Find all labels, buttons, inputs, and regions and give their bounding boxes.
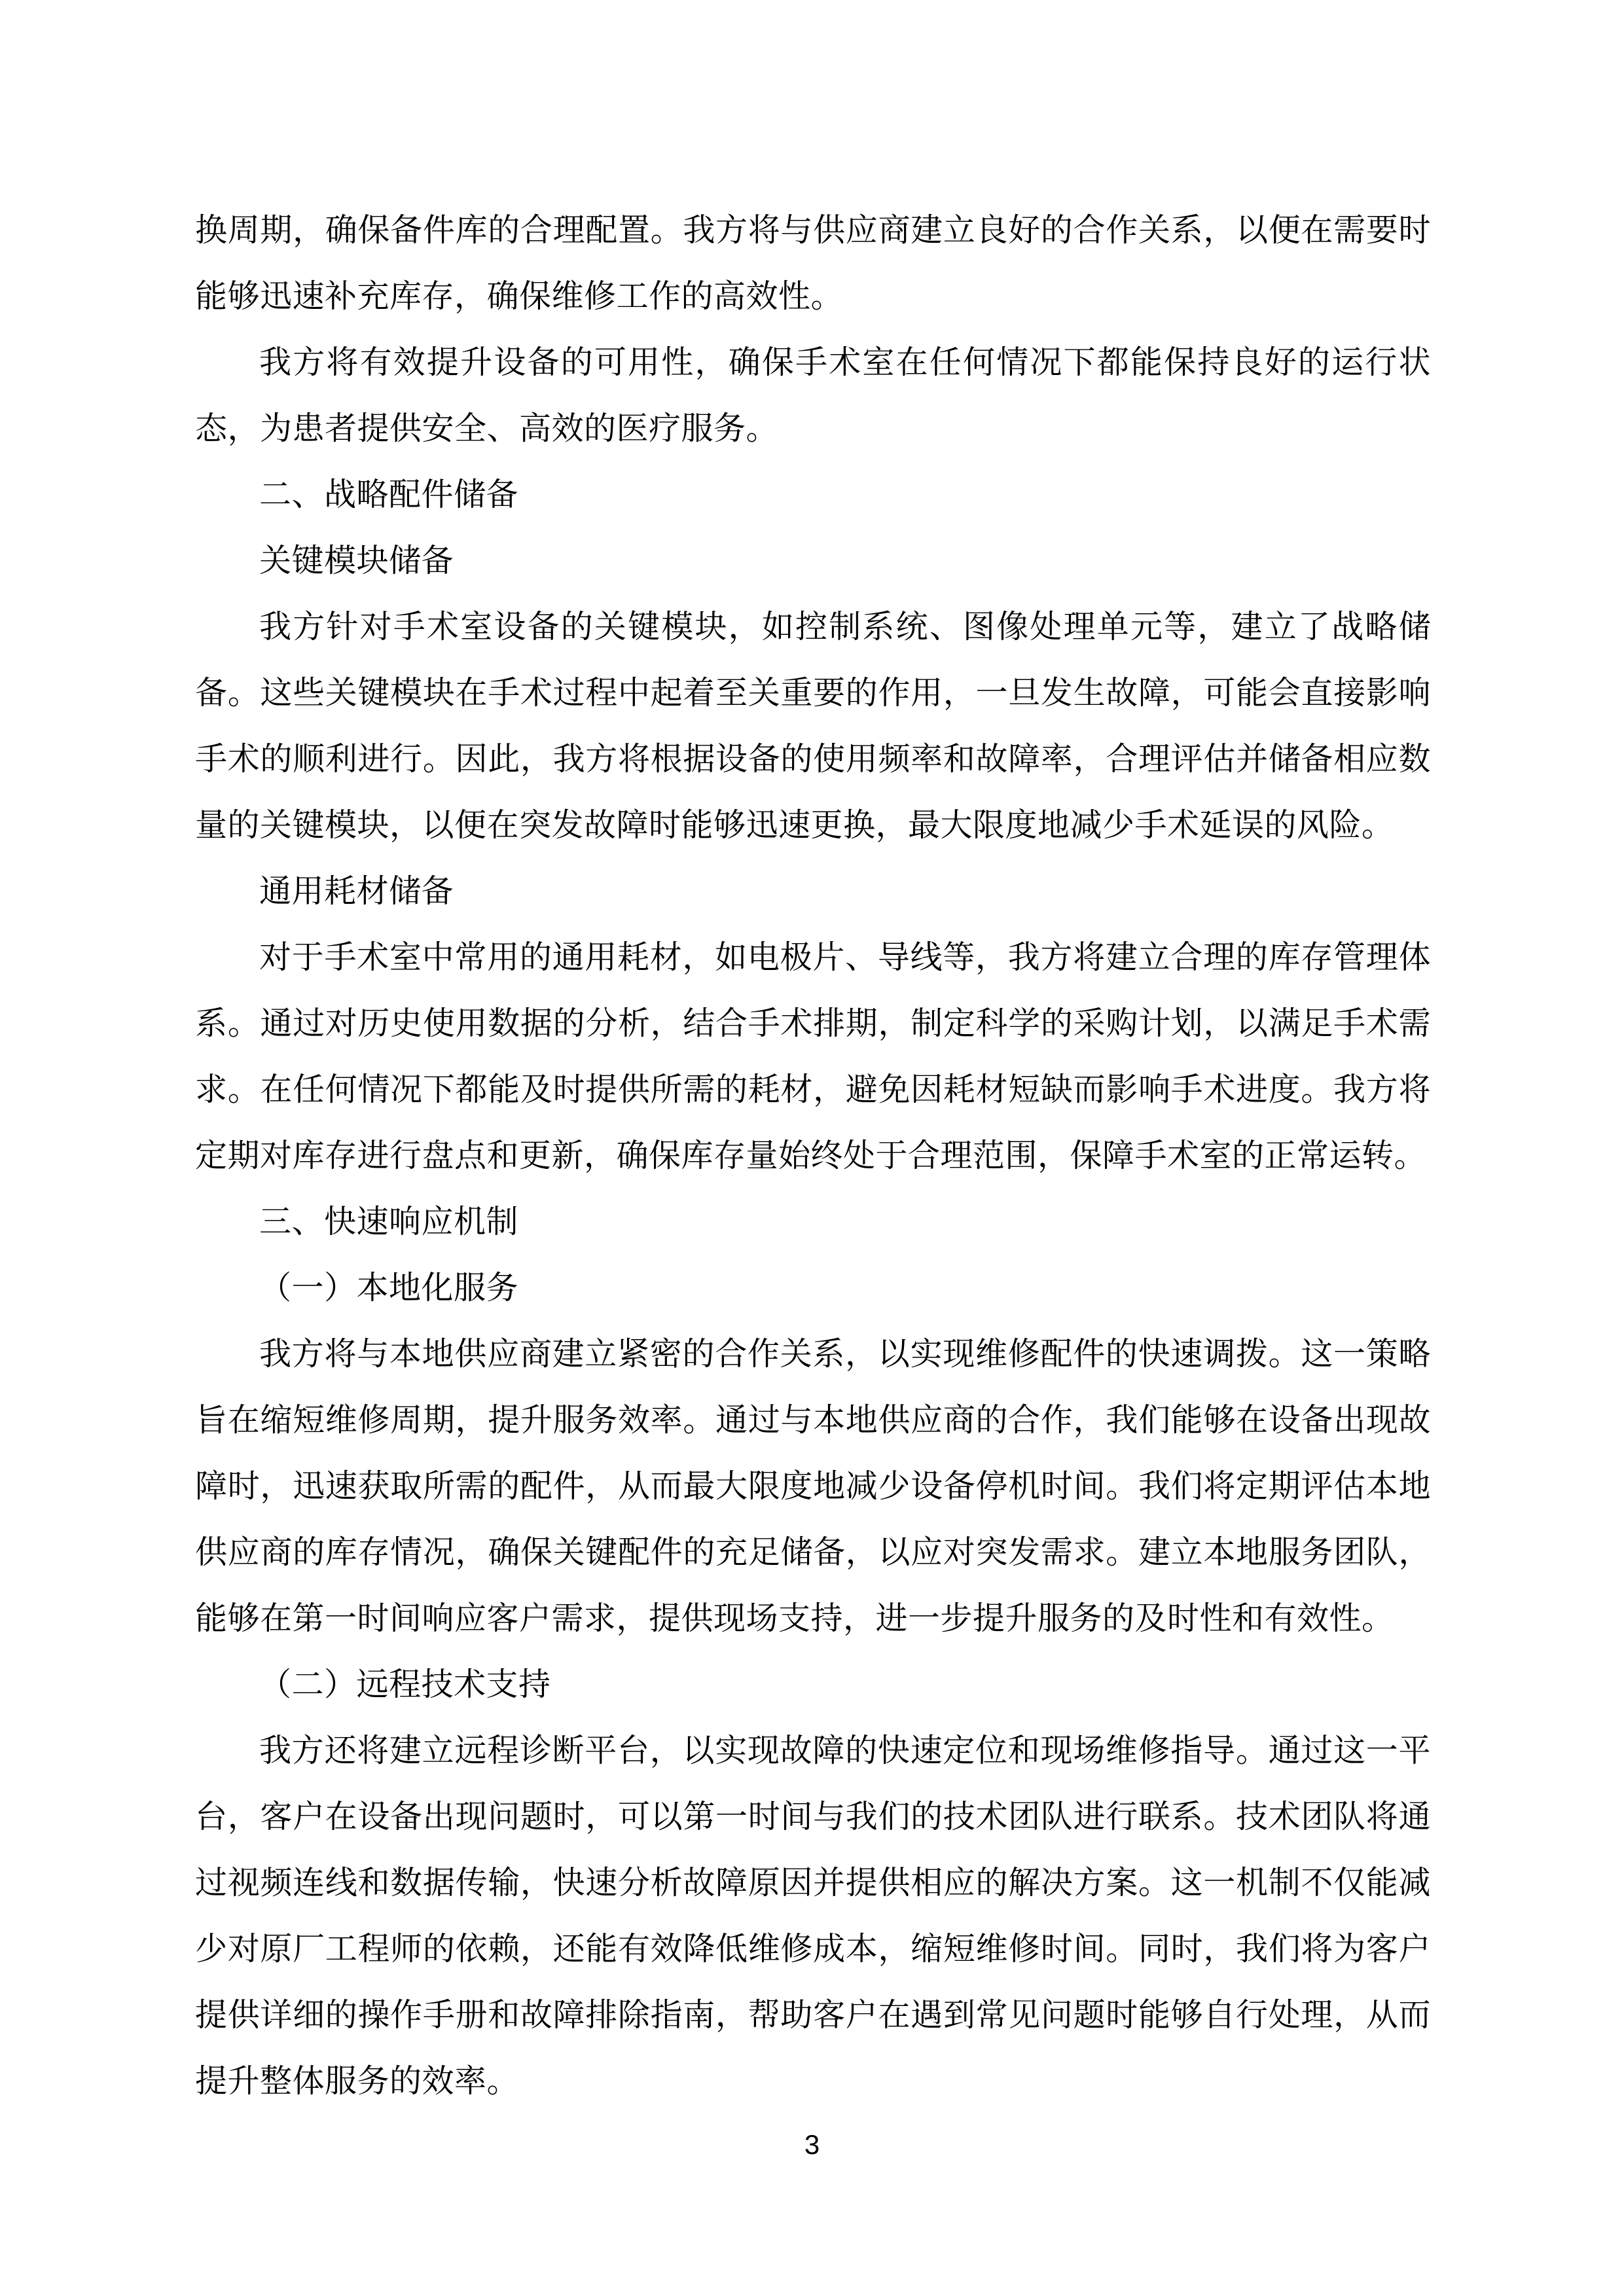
paragraph: 我方还将建立远程诊断平台，以实现故障的快速定位和现场维修指导。通过这一平台，客户…: [195, 1717, 1431, 2114]
sub-heading: 通用耗材储备: [195, 858, 1431, 924]
paragraph-continuation: 换周期，确保备件库的合理配置。我方将与供应商建立良好的合作关系，以便在需要时能够…: [195, 197, 1431, 329]
paragraph: 我方将与本地供应商建立紧密的合作关系，以实现维修配件的快速调拨。这一策略旨在缩短…: [195, 1321, 1431, 1651]
paragraph: 对于手术室中常用的通用耗材，如电极片、导线等，我方将建立合理的库存管理体系。通过…: [195, 924, 1431, 1189]
document-page: 换周期，确保备件库的合理配置。我方将与供应商建立良好的合作关系，以便在需要时能够…: [0, 0, 1624, 2296]
document-body: 换周期，确保备件库的合理配置。我方将与供应商建立良好的合作关系，以便在需要时能够…: [195, 197, 1431, 2114]
section-heading: 二、战略配件储备: [195, 461, 1431, 528]
section-heading: 三、快速响应机制: [195, 1189, 1431, 1255]
sub-heading: 关键模块储备: [195, 528, 1431, 594]
sub-heading: （一）本地化服务: [195, 1255, 1431, 1321]
paragraph: 我方针对手术室设备的关键模块，如控制系统、图像处理单元等，建立了战略储备。这些关…: [195, 594, 1431, 858]
page-number: 3: [0, 2128, 1624, 2161]
paragraph: 我方将有效提升设备的可用性，确保手术室在任何情况下都能保持良好的运行状态，为患者…: [195, 329, 1431, 461]
sub-heading: （二）远程技术支持: [195, 1651, 1431, 1717]
